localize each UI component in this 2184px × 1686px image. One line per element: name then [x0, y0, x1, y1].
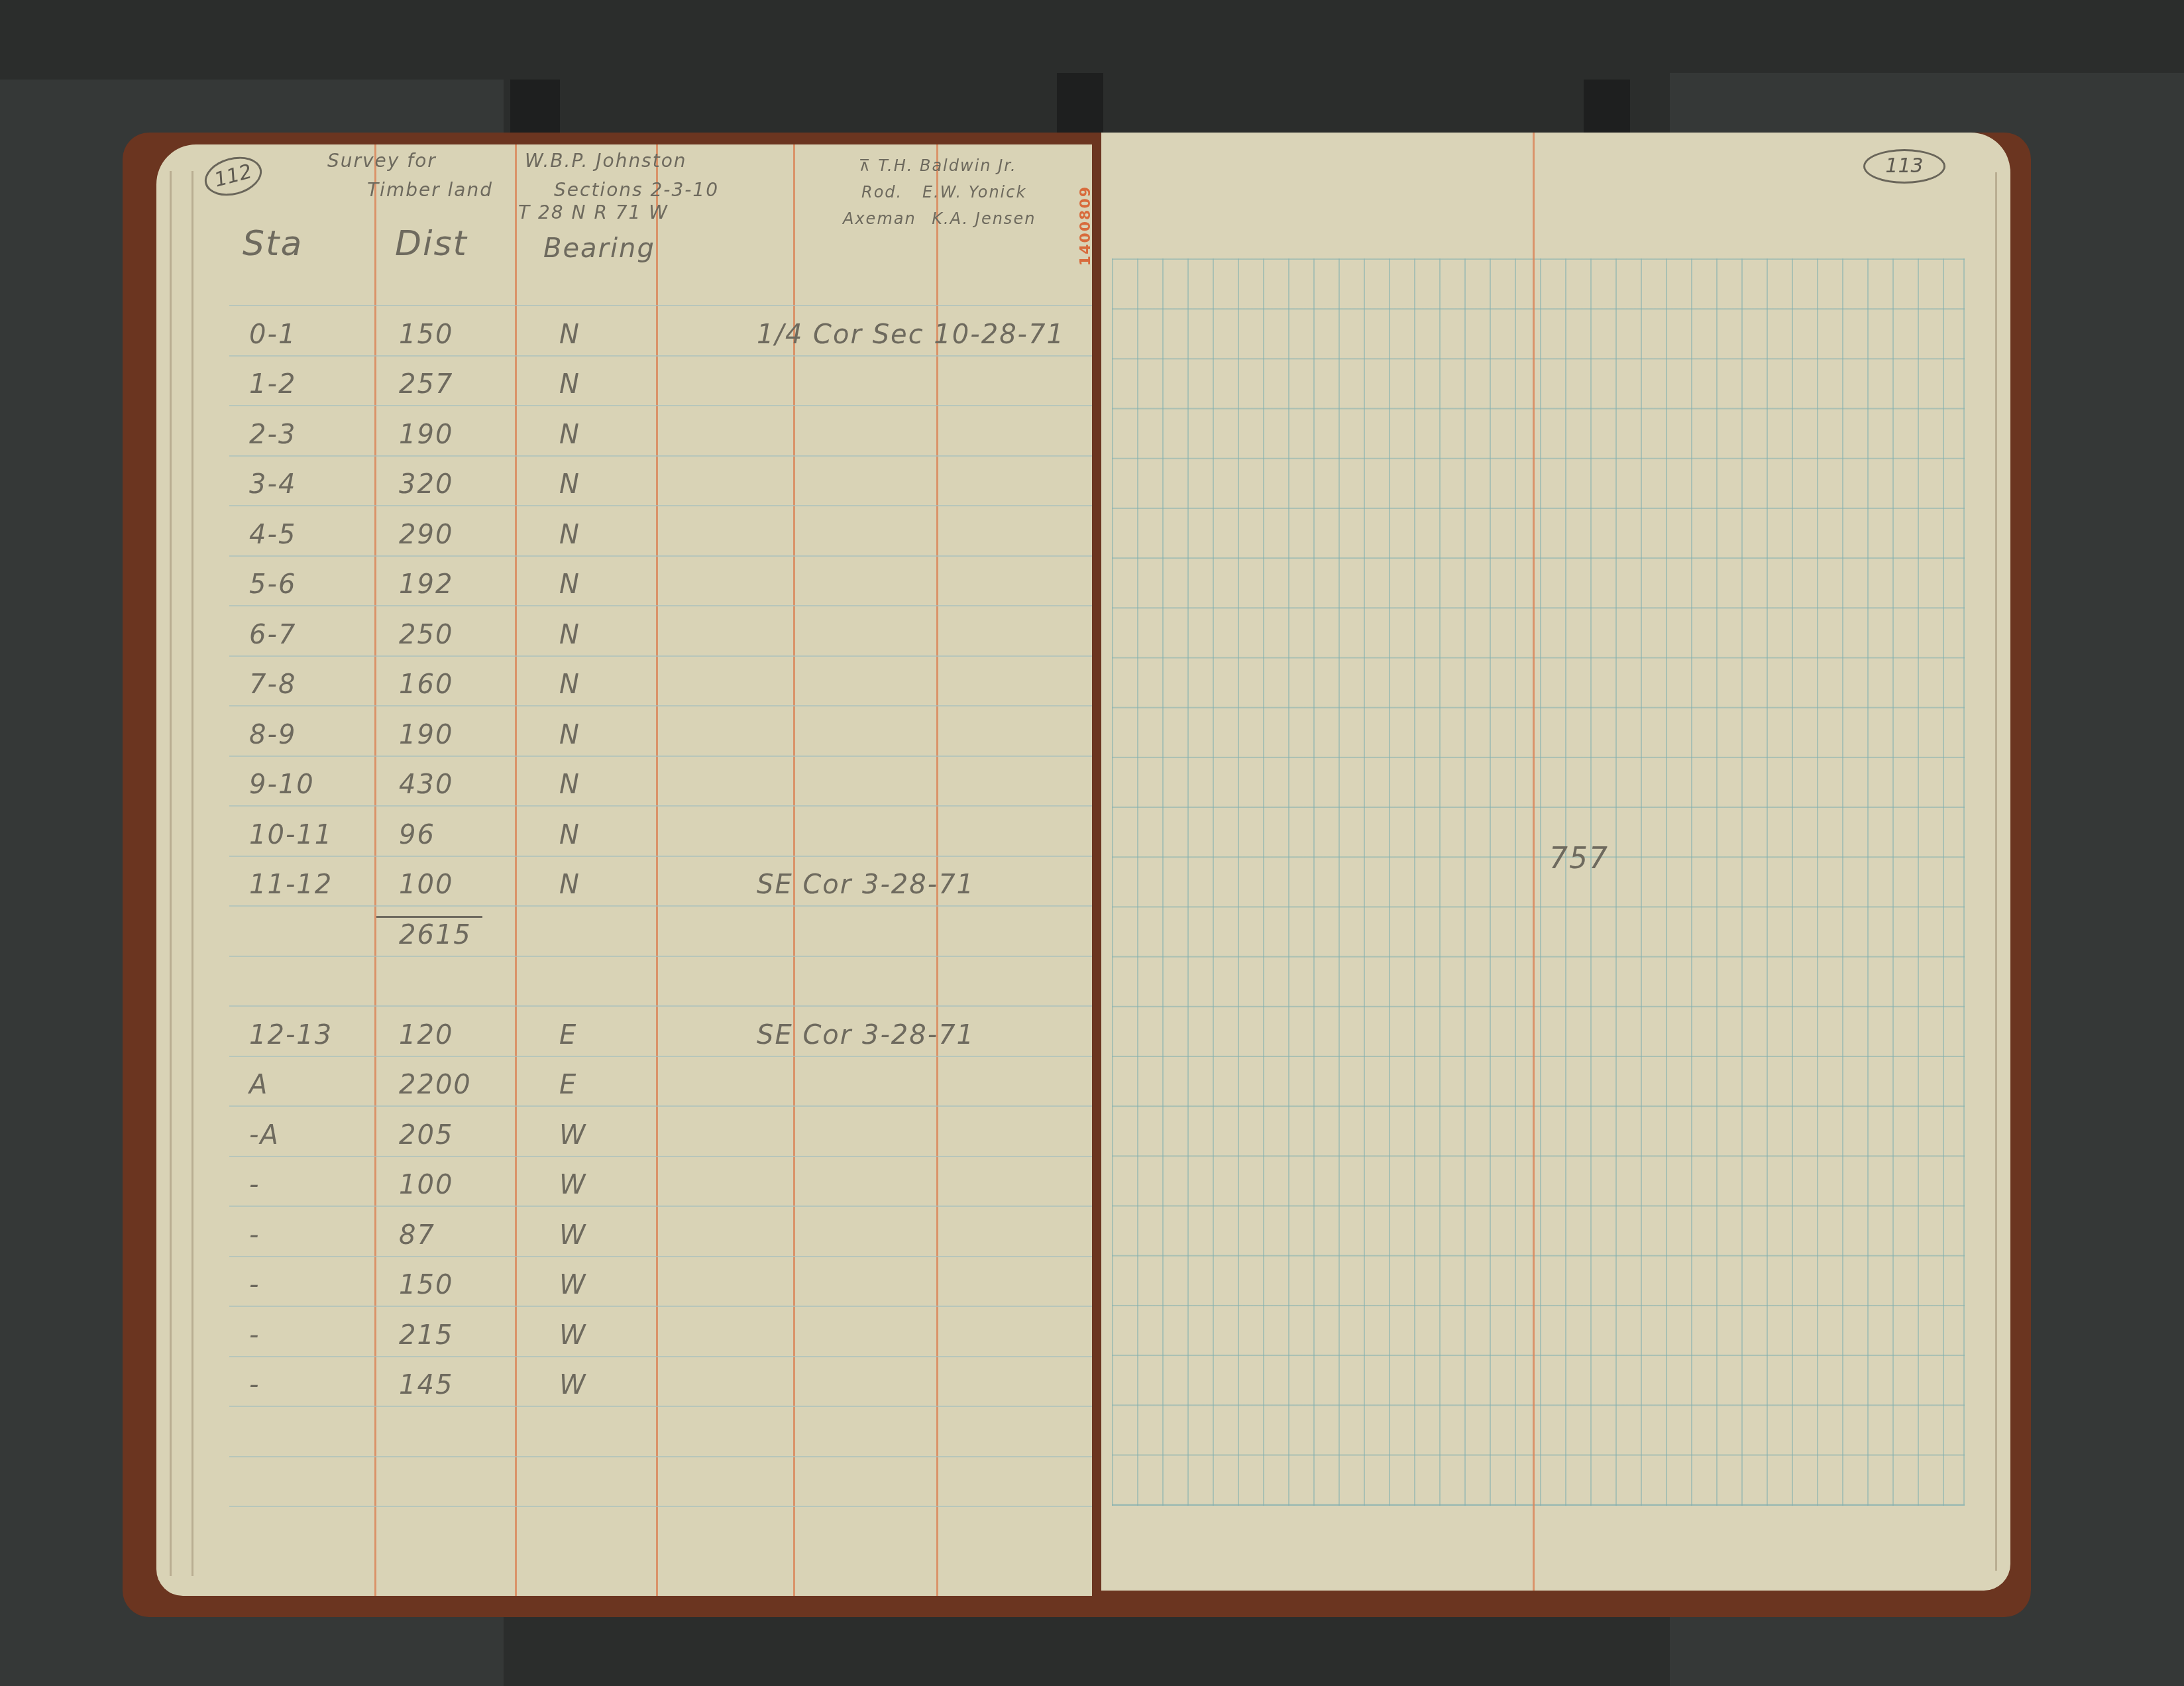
- cell-sta: -: [249, 1170, 260, 1200]
- cell-bearing: N: [559, 720, 580, 750]
- cell-sta: -: [249, 1270, 260, 1300]
- column-header-bearing: Bearing: [543, 233, 655, 264]
- cell-note: SE Cor 3-28-71: [757, 1020, 975, 1050]
- cell-bearing: W: [559, 1270, 587, 1300]
- table-row: -87W: [156, 1206, 1092, 1256]
- cell-dist: 320: [399, 469, 453, 500]
- cell-sta: 10-11: [249, 820, 333, 850]
- blue-rule: [229, 1406, 1092, 1407]
- instrument-symbol: ⊼: [859, 156, 878, 175]
- header-timber-land: Timber land: [367, 179, 493, 201]
- cell-sta: -: [249, 1320, 260, 1351]
- cell-dist: 250: [399, 620, 453, 650]
- cell-dist: 160: [399, 669, 453, 700]
- cell-dist: 257: [399, 369, 453, 400]
- cell-sta: 9-10: [249, 769, 315, 800]
- cell-bearing: W: [559, 1120, 587, 1151]
- cell-dist: 120: [399, 1020, 453, 1050]
- crew-rod: Rod. E.W. Yonick: [861, 183, 1026, 201]
- cell-sta: 11-12: [249, 870, 333, 900]
- cell-bearing: N: [559, 669, 580, 700]
- cell-sta: 1-2: [249, 369, 296, 400]
- blue-rule: [229, 1506, 1092, 1507]
- cell-sta: 4-5: [249, 520, 296, 550]
- cell-dist: 290: [399, 520, 453, 550]
- crew-instrument: ⊼ T.H. Baldwin Jr.: [859, 156, 1017, 175]
- cell-sta: 8-9: [249, 720, 296, 750]
- cell-bearing: W: [559, 1220, 587, 1251]
- cell-dist: 100: [399, 870, 453, 900]
- table-row: 4-5290N: [156, 506, 1092, 555]
- page-number-text: 112: [212, 160, 254, 192]
- cell-sta: 7-8: [249, 669, 296, 700]
- crew-axeman: Axeman K.A. Jensen: [843, 209, 1036, 228]
- cell-dist: 430: [399, 769, 453, 800]
- cell-dist: 150: [399, 319, 453, 350]
- table-row: 11-12100NSE Cor 3-28-71: [156, 856, 1092, 905]
- cell-bearing: N: [559, 469, 580, 500]
- table-row: 10-1196N: [156, 806, 1092, 856]
- cell-bearing: E: [559, 1070, 577, 1100]
- table-row: -215W: [156, 1306, 1092, 1356]
- cell-bearing: N: [559, 820, 580, 850]
- cell-bearing: N: [559, 569, 580, 600]
- table-row: 9-10430N: [156, 756, 1092, 805]
- table-row: 2615: [156, 906, 1092, 956]
- table-row: 8-9190N: [156, 706, 1092, 756]
- header-township-range: T 28 N R 71 W: [518, 201, 669, 223]
- header-sections: Sections 2-3-10: [554, 179, 719, 201]
- annotation-757: 757: [1549, 842, 1609, 875]
- right-page: 113 757: [1101, 133, 2010, 1591]
- cell-dist: 87: [399, 1220, 435, 1251]
- table-row: 2-3190N: [156, 406, 1092, 455]
- cell-sta: 5-6: [249, 569, 296, 600]
- rod-label: Rod.: [861, 183, 902, 201]
- cell-sta: 6-7: [249, 620, 296, 650]
- table-row: -A205W: [156, 1106, 1092, 1156]
- page-number-right: 113: [1863, 149, 1945, 184]
- table-row: -150W: [156, 1256, 1092, 1306]
- cell-dist: 145: [399, 1370, 453, 1400]
- cell-dist: 190: [399, 420, 453, 450]
- table-row: 6-7250N: [156, 606, 1092, 655]
- cell-sta: A: [249, 1070, 268, 1100]
- table-row: A2200E: [156, 1056, 1092, 1105]
- table-row: 0-1150N1/4 Cor Sec 10-28-71: [156, 306, 1092, 355]
- cell-dist: 2200: [399, 1070, 472, 1100]
- axeman-name: K.A. Jensen: [932, 209, 1036, 228]
- cell-sta: 0-1: [249, 319, 296, 350]
- cell-bearing: N: [559, 420, 580, 450]
- cell-dist: 190: [399, 720, 453, 750]
- axeman-label: Axeman: [843, 209, 916, 228]
- cell-dist: 100: [399, 1170, 453, 1200]
- cell-dist: 2615: [399, 920, 472, 950]
- graph-grid: [1112, 258, 1965, 1506]
- left-page: 112 Survey for W.B.P. Johnston Timber la…: [156, 144, 1092, 1596]
- cell-bearing: N: [559, 620, 580, 650]
- blue-rule: [229, 1456, 1092, 1457]
- table-row: 3-4320N: [156, 455, 1092, 505]
- column-header-sta: Sta: [243, 224, 303, 264]
- cell-dist: 215: [399, 1320, 453, 1351]
- cell-bearing: N: [559, 319, 580, 350]
- table-row: 7-8160N: [156, 655, 1092, 705]
- cell-dist: 192: [399, 569, 453, 600]
- book-stand-right-post: [1584, 80, 1630, 139]
- cell-bearing: N: [559, 520, 580, 550]
- page-edges-right: [1979, 172, 1997, 1571]
- cell-note: SE Cor 3-28-71: [757, 870, 975, 900]
- cell-bearing: E: [559, 1020, 577, 1050]
- cell-bearing: W: [559, 1170, 587, 1200]
- cell-sta: -: [249, 1370, 260, 1400]
- cell-bearing: W: [559, 1370, 587, 1400]
- table-row: -100W: [156, 1156, 1092, 1206]
- page-number-left: 112: [200, 151, 266, 202]
- cell-sta: 12-13: [249, 1020, 333, 1050]
- table-row: [156, 956, 1092, 1005]
- cell-note: 1/4 Cor Sec 10-28-71: [757, 319, 1065, 350]
- cell-sta: -A: [249, 1120, 280, 1151]
- header-client: W.B.P. Johnston: [525, 150, 687, 172]
- cell-bearing: N: [559, 769, 580, 800]
- column-header-dist: Dist: [395, 224, 468, 264]
- table-row: -145W: [156, 1356, 1092, 1406]
- header-survey-for: Survey for: [327, 150, 437, 172]
- cell-dist: 150: [399, 1270, 453, 1300]
- cell-dist: 96: [399, 820, 435, 850]
- cell-bearing: N: [559, 870, 580, 900]
- rod-name: E.W. Yonick: [922, 183, 1027, 201]
- red-rule-center: [1533, 133, 1535, 1591]
- table-row: 5-6192N: [156, 555, 1092, 605]
- crew-instrument-name: T.H. Baldwin Jr.: [878, 156, 1016, 175]
- cell-dist: 205: [399, 1120, 453, 1151]
- cell-sta: 2-3: [249, 420, 296, 450]
- total-underline: [376, 916, 482, 918]
- cell-sta: -: [249, 1220, 260, 1251]
- cell-bearing: W: [559, 1320, 587, 1351]
- serial-stamp: 1400809: [1077, 186, 1092, 266]
- table-row: 1-2257N: [156, 355, 1092, 405]
- cell-sta: 3-4: [249, 469, 296, 500]
- page-number-text: 113: [1885, 154, 1923, 178]
- table-row: 12-13120ESE Cor 3-28-71: [156, 1006, 1092, 1056]
- cell-bearing: N: [559, 369, 580, 400]
